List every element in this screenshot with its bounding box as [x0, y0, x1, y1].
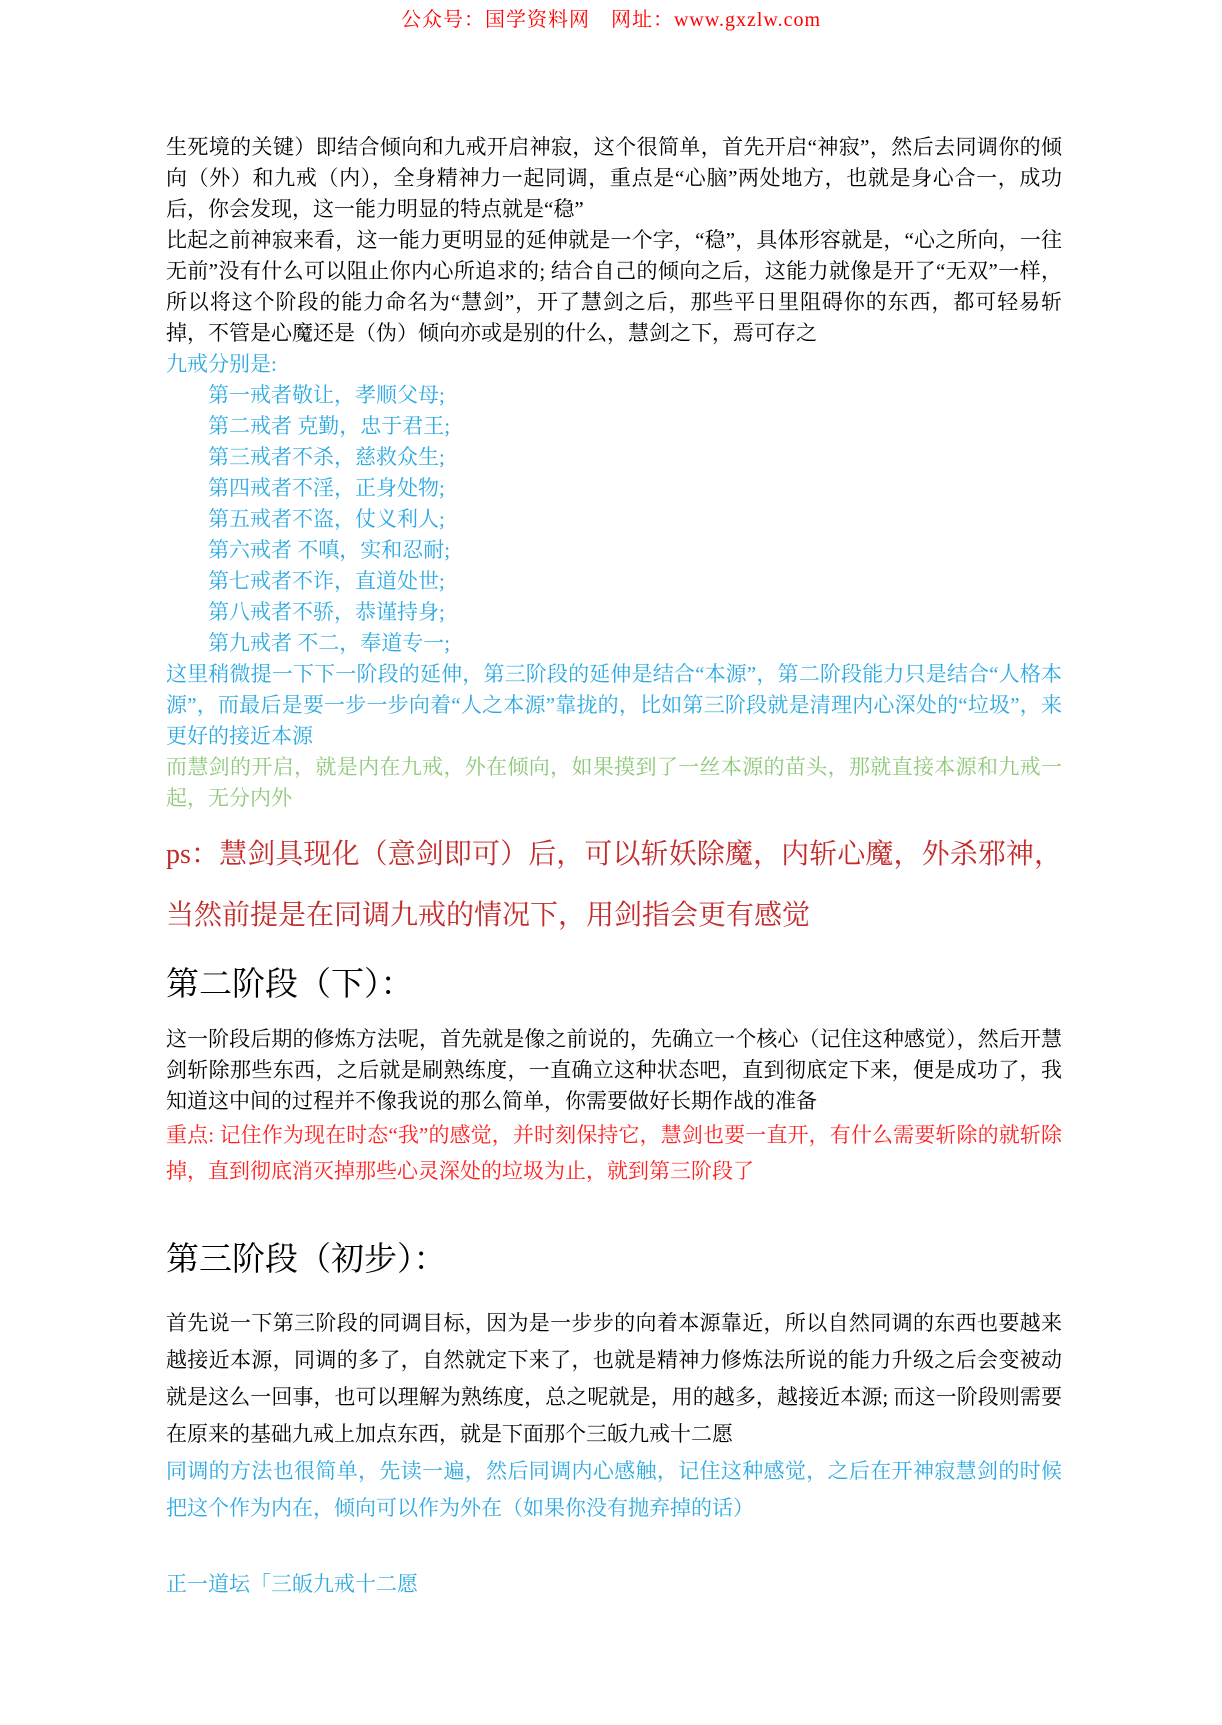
precept-item: 第七戒者不诈，直道处世; [166, 566, 1062, 597]
stage3-heading: 第三阶段（初步）： [166, 1237, 1062, 1283]
stability-paragraph: 比起之前神寂来看，这一能力更明显的延伸就是一个字，“稳”，具体形容就是，“心之所… [166, 225, 1062, 349]
precept-item: 第一戒者敬让，孝顺父母; [166, 380, 1062, 411]
precept-list: 第一戒者敬让，孝顺父母; 第二戒者 克勤，忠于君王; 第三戒者不杀，慈救众生; … [166, 380, 1062, 659]
stage2-method-paragraph: 这一阶段后期的修炼方法呢，首先就是像之前说的，先确立一个核心（记住这种感觉），然… [166, 1024, 1062, 1117]
stage3-goal-paragraph: 首先说一下第三阶段的同调目标，因为是一步步的向着本源靠近，所以自然同调的东西也要… [166, 1305, 1062, 1453]
document-content: 生死境的关键）即结合倾向和九戒开启神寂，这个很简单，首先开启“神寂”，然后去同调… [166, 132, 1062, 1600]
precept-item: 第四戒者不淫，正身处物; [166, 473, 1062, 504]
precept-item: 第六戒者 不嗔，实和忍耐; [166, 535, 1062, 566]
footer-reference: 正一道坛「三皈九戒十二愿 [166, 1569, 1062, 1600]
precept-item: 第三戒者不杀，慈救众生; [166, 442, 1062, 473]
stage3-method-note: 同调的方法也很简单，先读一遍，然后同调内心感触，记住这种感觉，之后在开神寂慧剑的… [166, 1453, 1062, 1527]
next-stage-note: 这里稍微提一下下一阶段的延伸，第三阶段的延伸是结合“本源”，第二阶段能力只是结合… [166, 659, 1062, 752]
precepts-intro: 九戒分别是: [166, 349, 1062, 380]
stage2-key-note: 重点: 记住作为现在时态“我”的感觉，并时刻保持它，慧剑也要一直开，有什么需要斩… [166, 1117, 1062, 1189]
document-page: 公众号：国学资料网 网址：www.gxzlw.com 生死境的关键）即结合倾向和… [0, 0, 1222, 1725]
ps-note: ps：慧剑具现化（意剑即可）后，可以斩妖除魔，内斩心魔，外杀邪神，当然前提是在同… [166, 824, 1062, 946]
precept-item: 第二戒者 克勤，忠于君王; [166, 411, 1062, 442]
precept-item: 第五戒者不盗，仗义利人; [166, 504, 1062, 535]
precept-item: 第九戒者 不二，奉道专一; [166, 628, 1062, 659]
stage2-heading: 第二阶段（下）： [166, 962, 1062, 1008]
intro-paragraph: 生死境的关键）即结合倾向和九戒开启神寂，这个很简单，首先开启“神寂”，然后去同调… [166, 132, 1062, 225]
precept-item: 第八戒者不骄，恭谨持身; [166, 597, 1062, 628]
sword-source-note: 而慧剑的开启，就是内在九戒，外在倾向，如果摸到了一丝本源的苗头，那就直接本源和九… [166, 752, 1062, 814]
page-header-note: 公众号：国学资料网 网址：www.gxzlw.com [0, 0, 1222, 32]
